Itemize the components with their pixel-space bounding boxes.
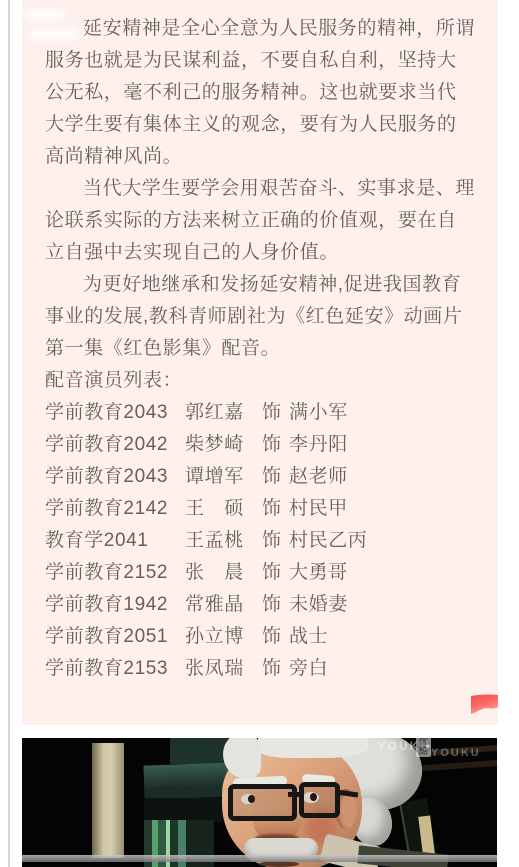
cast-list-title: 配音演员列表： bbox=[45, 365, 476, 397]
cast-class: 教育学2041 bbox=[45, 525, 185, 557]
character-hair bbox=[258, 738, 368, 758]
cast-role-name: 战士 bbox=[289, 621, 476, 653]
bookshelf-plank bbox=[92, 743, 124, 858]
cast-plays-label: 饰 bbox=[262, 621, 289, 653]
cast-role-name: 村民甲 bbox=[289, 493, 476, 525]
cast-row: 学前教育2043谭增军饰赵老师 bbox=[45, 461, 476, 493]
cast-row: 学前教育2152张 晨饰大勇哥 bbox=[45, 557, 476, 589]
cast-actor-name: 柴梦崎 bbox=[185, 429, 262, 461]
cast-row: 学前教育2043郭红嘉饰满小军 bbox=[45, 397, 476, 429]
cast-row: 学前教育2153张凤瑞饰旁白 bbox=[45, 653, 476, 685]
cast-role-name: 旁白 bbox=[289, 653, 476, 685]
glasses-lens bbox=[299, 782, 340, 818]
cast-actor-name: 张凤瑞 bbox=[185, 653, 262, 685]
cast-actor-name: 孙立博 bbox=[185, 621, 262, 653]
cast-plays-label: 饰 bbox=[262, 525, 289, 557]
cast-row: 学前教育1942常雅晶饰未婚妻 bbox=[45, 589, 476, 621]
cast-role-name: 李丹阳 bbox=[289, 429, 476, 461]
cast-row: 教育学2041王孟桃饰村民乙丙 bbox=[45, 525, 476, 557]
cast-row: 学前教育2142王 硕饰村民甲 bbox=[45, 493, 476, 525]
cast-actor-name: 郭红嘉 bbox=[185, 397, 262, 429]
cast-class: 学前教育2043 bbox=[45, 461, 185, 493]
cast-actor-name: 常雅晶 bbox=[185, 589, 262, 621]
cast-class: 学前教育2152 bbox=[45, 557, 185, 589]
youku-watermark-top: YOUKU bbox=[431, 746, 481, 760]
cast-plays-label: 饰 bbox=[262, 461, 289, 493]
left-border-line bbox=[8, 0, 10, 867]
paragraph-dubbing-intro: 为更好地继承和发扬延安精神,促进我国教育事业的发展,教科青师剧社为《红色延安》动… bbox=[45, 269, 476, 365]
cast-row: 学前教育2042柴梦崎饰李丹阳 bbox=[45, 429, 476, 461]
cast-row: 学前教育2051孙立博饰战士 bbox=[45, 621, 476, 653]
cast-plays-label: 饰 bbox=[262, 557, 289, 589]
cast-class: 学前教育2043 bbox=[45, 397, 185, 429]
video-progress-bar[interactable] bbox=[22, 855, 497, 862]
cast-role-name: 赵老师 bbox=[289, 461, 476, 493]
cast-actor-name: 王孟桃 bbox=[185, 525, 262, 557]
cast-plays-label: 饰 bbox=[262, 653, 289, 685]
cast-class: 学前教育1942 bbox=[45, 589, 185, 621]
youku-badge: 优酷 bbox=[416, 738, 431, 757]
cast-role-name: 村民乙丙 bbox=[289, 525, 476, 557]
cast-role-name: 大勇哥 bbox=[289, 557, 476, 589]
cast-class: 学前教育2153 bbox=[45, 653, 185, 685]
video-thumbnail[interactable]: YOUKU YOUKU ➤ 优酷 bbox=[22, 738, 497, 867]
cast-plays-label: 饰 bbox=[262, 429, 289, 461]
cast-plays-label: 饰 bbox=[262, 493, 289, 525]
cast-actor-name: 王 硕 bbox=[185, 493, 262, 525]
glasses-lens bbox=[228, 784, 297, 821]
cast-actor-name: 谭增军 bbox=[185, 461, 262, 493]
paragraph-yanan-spirit: 延安精神是全心全意为人民服务的精神，所谓服务也就是为民谋利益，不要自私自利，坚持… bbox=[45, 13, 476, 173]
cast-role-name: 未婚妻 bbox=[289, 589, 476, 621]
cast-class: 学前教育2142 bbox=[45, 493, 185, 525]
cast-plays-label: 饰 bbox=[262, 397, 289, 429]
paragraph-college-students: 当代大学生要学会用艰苦奋斗、实事求是、理论联系实际的方法来树立正确的价值观，要在… bbox=[45, 173, 476, 269]
cast-list: 学前教育2043郭红嘉饰满小军学前教育2042柴梦崎饰李丹阳学前教育2043谭增… bbox=[45, 397, 476, 685]
cast-role-name: 满小军 bbox=[289, 397, 476, 429]
cast-class: 学前教育2051 bbox=[45, 621, 185, 653]
cast-class: 学前教育2042 bbox=[45, 429, 185, 461]
cast-plays-label: 饰 bbox=[262, 589, 289, 621]
cast-actor-name: 张 晨 bbox=[185, 557, 262, 589]
article-panel: 延安精神是全心全意为人民服务的精神，所谓服务也就是为民谋利益，不要自私自利，坚持… bbox=[22, 0, 498, 725]
article-text: 延安精神是全心全意为人民服务的精神，所谓服务也就是为民谋利益，不要自私自利，坚持… bbox=[22, 0, 498, 685]
glasses-bridge bbox=[288, 792, 304, 797]
red-ribbon-icon bbox=[471, 694, 498, 715]
